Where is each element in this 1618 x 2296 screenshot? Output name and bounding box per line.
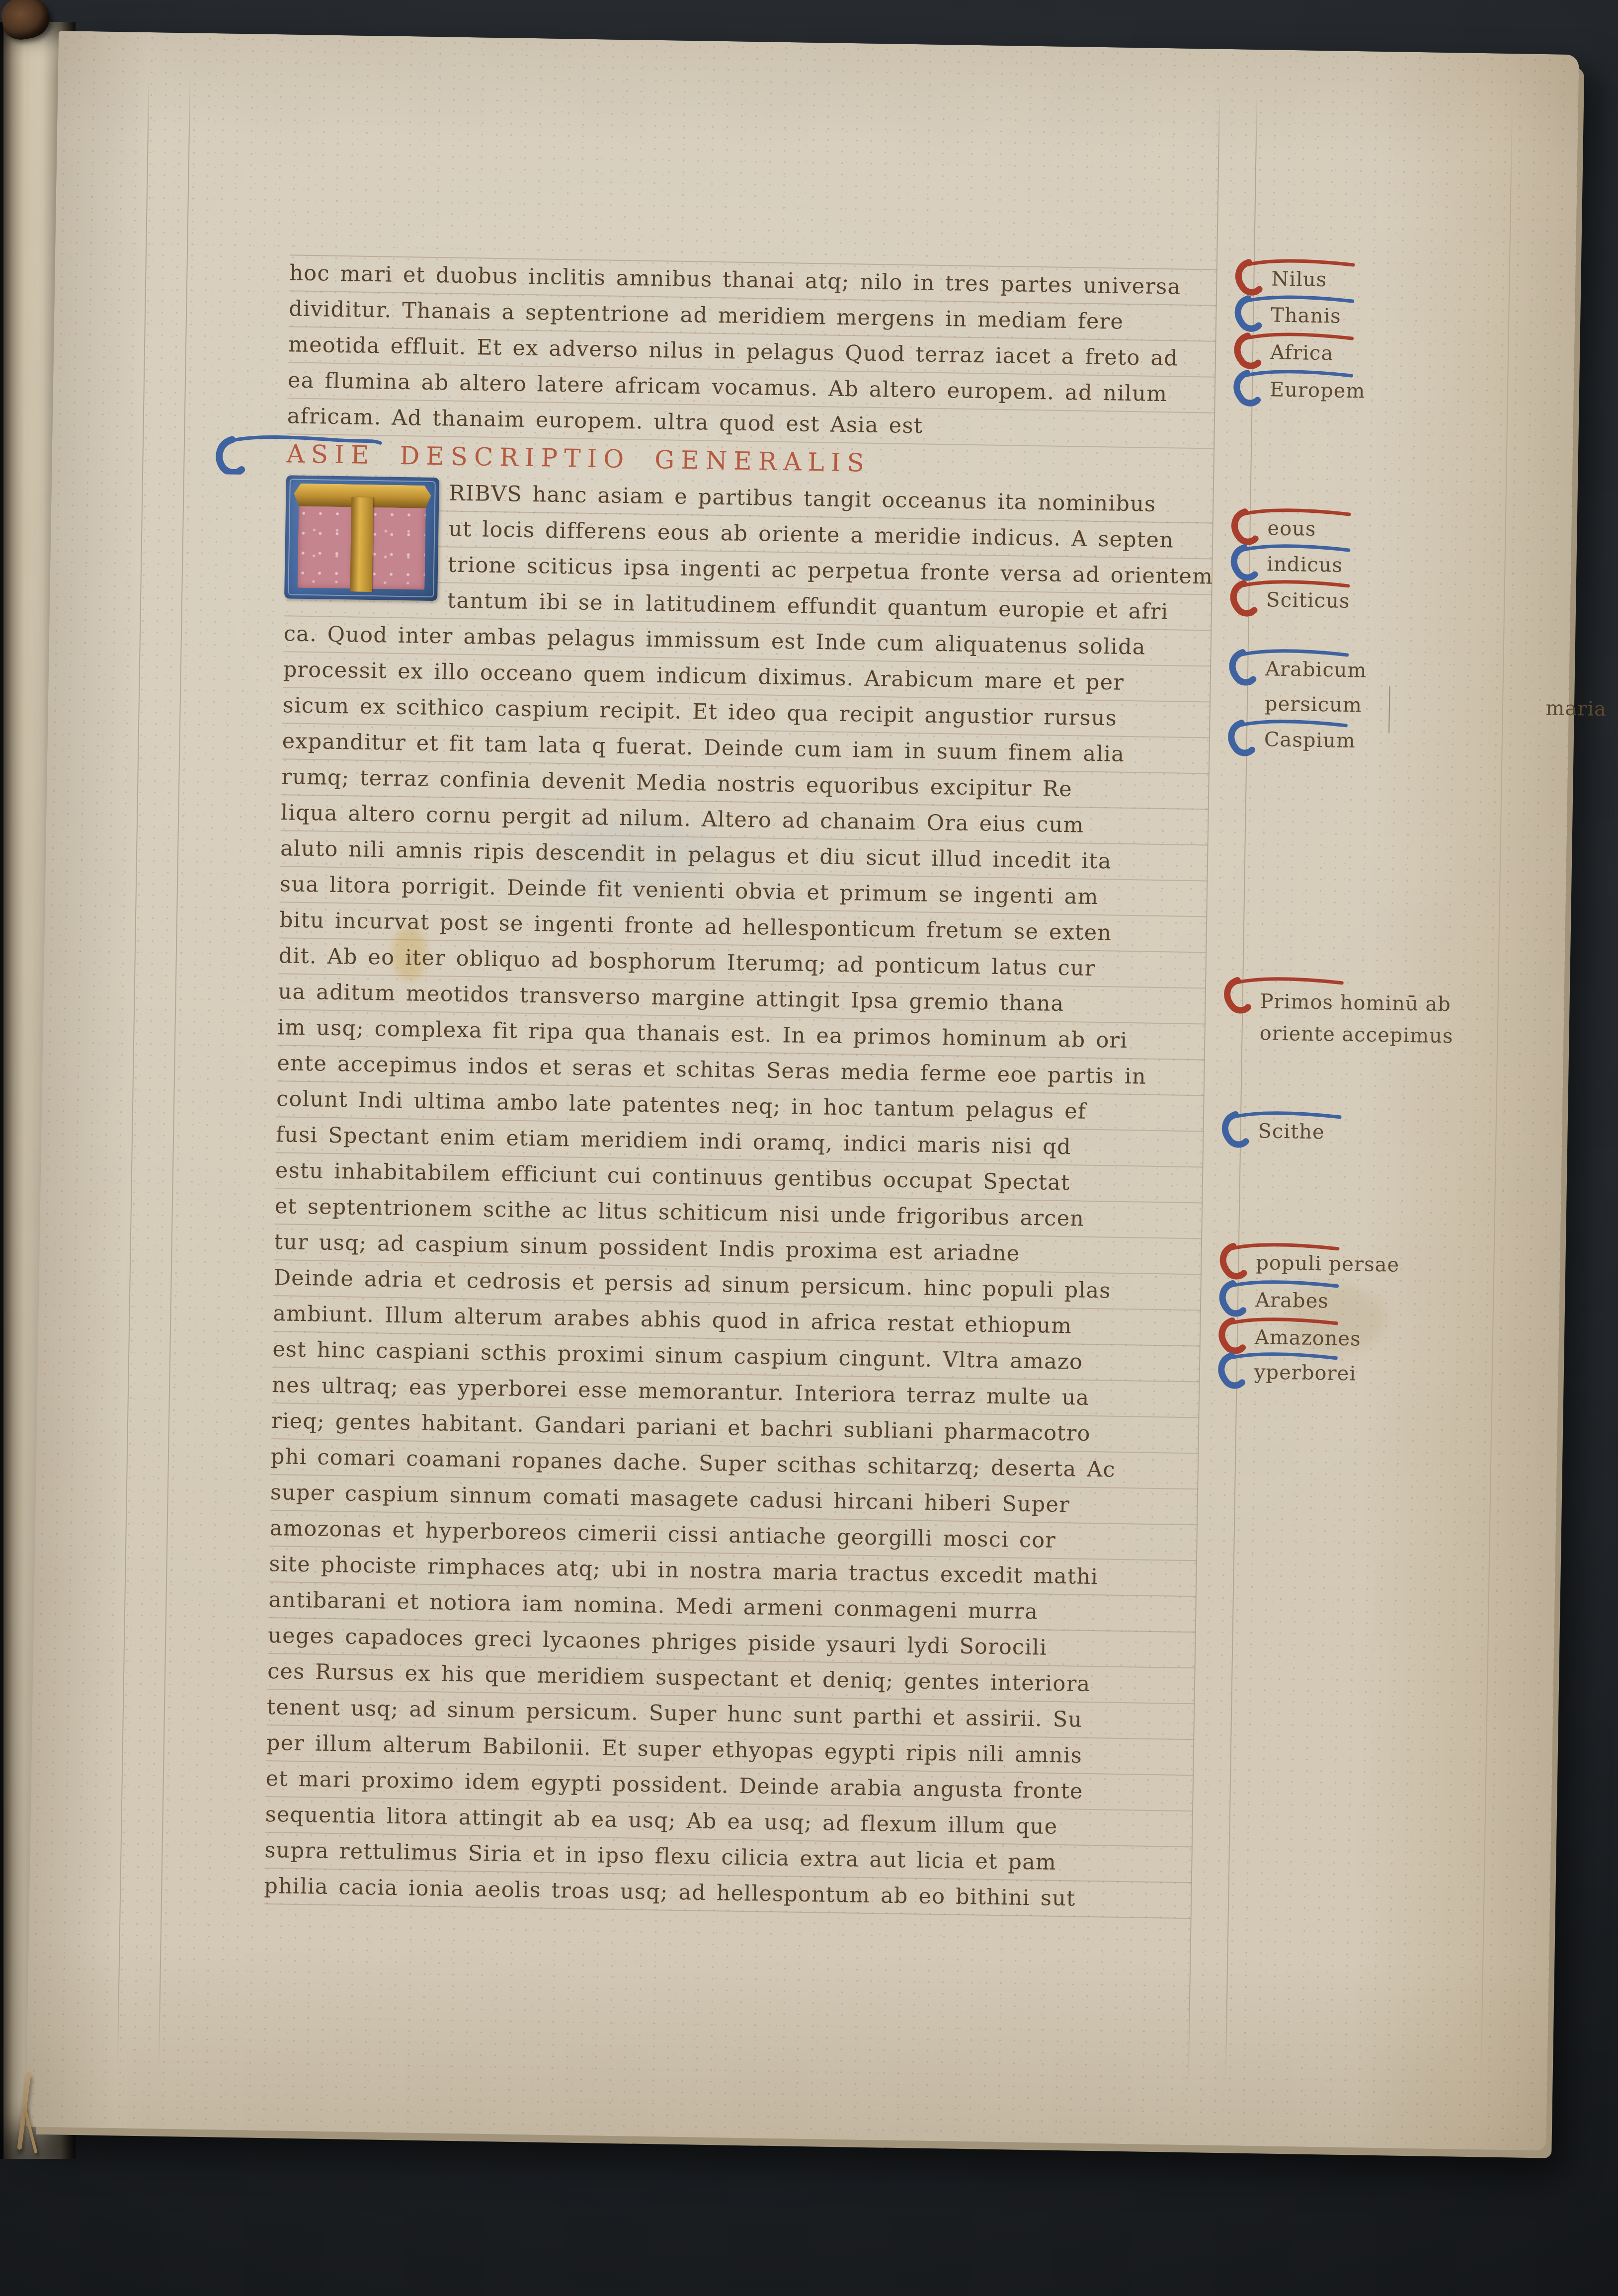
margin-note: Primos hominū ab oriente accepimus xyxy=(1225,985,1454,1052)
margin-note: populi persae xyxy=(1222,1251,1399,1277)
illuminated-initial-T: T xyxy=(284,475,439,601)
margin-note: Nilus xyxy=(1237,267,1327,291)
paraph-mark-icon xyxy=(212,431,421,478)
margin-note: indicus xyxy=(1233,552,1343,576)
margin-note: persicum maria xyxy=(1231,692,1430,718)
ruling-line-far-right xyxy=(1480,97,1513,2090)
text-block: hoc mari et duobus inclitis amnibus than… xyxy=(264,254,1217,1919)
initial-gold-stem xyxy=(350,497,373,592)
margin-note: Caspium xyxy=(1230,728,1356,752)
initial-gold-bar xyxy=(294,484,431,508)
margin-note: Africa xyxy=(1236,340,1334,365)
body-lines: ca. Quod inter ambas pelagus immissum es… xyxy=(264,616,1211,1919)
margin-brace-line xyxy=(1388,686,1390,733)
opening-lines: hoc mari et duobus inclitis amnibus than… xyxy=(287,254,1216,449)
margin-note: Sciticus xyxy=(1232,588,1350,613)
initial-pink-panel-right xyxy=(369,490,426,590)
ruling-line-left-inner xyxy=(159,77,191,2069)
margin-note: yperborei xyxy=(1220,1360,1357,1385)
margin-note: Scithe xyxy=(1224,1119,1325,1144)
initial-pink-panel-left xyxy=(297,489,354,589)
margin-note: Arabes xyxy=(1221,1288,1329,1312)
margin-note: Europem xyxy=(1236,378,1366,403)
margin-note: Arabicum xyxy=(1231,657,1367,682)
ruling-line-left-outer xyxy=(117,76,150,2069)
margin-note: eous xyxy=(1233,516,1316,541)
manuscript-page: hoc mari et duobus inclitis amnibus than… xyxy=(26,31,1579,2151)
margin-note: Amazones xyxy=(1221,1325,1361,1350)
margin-note: Thanis xyxy=(1237,303,1341,328)
